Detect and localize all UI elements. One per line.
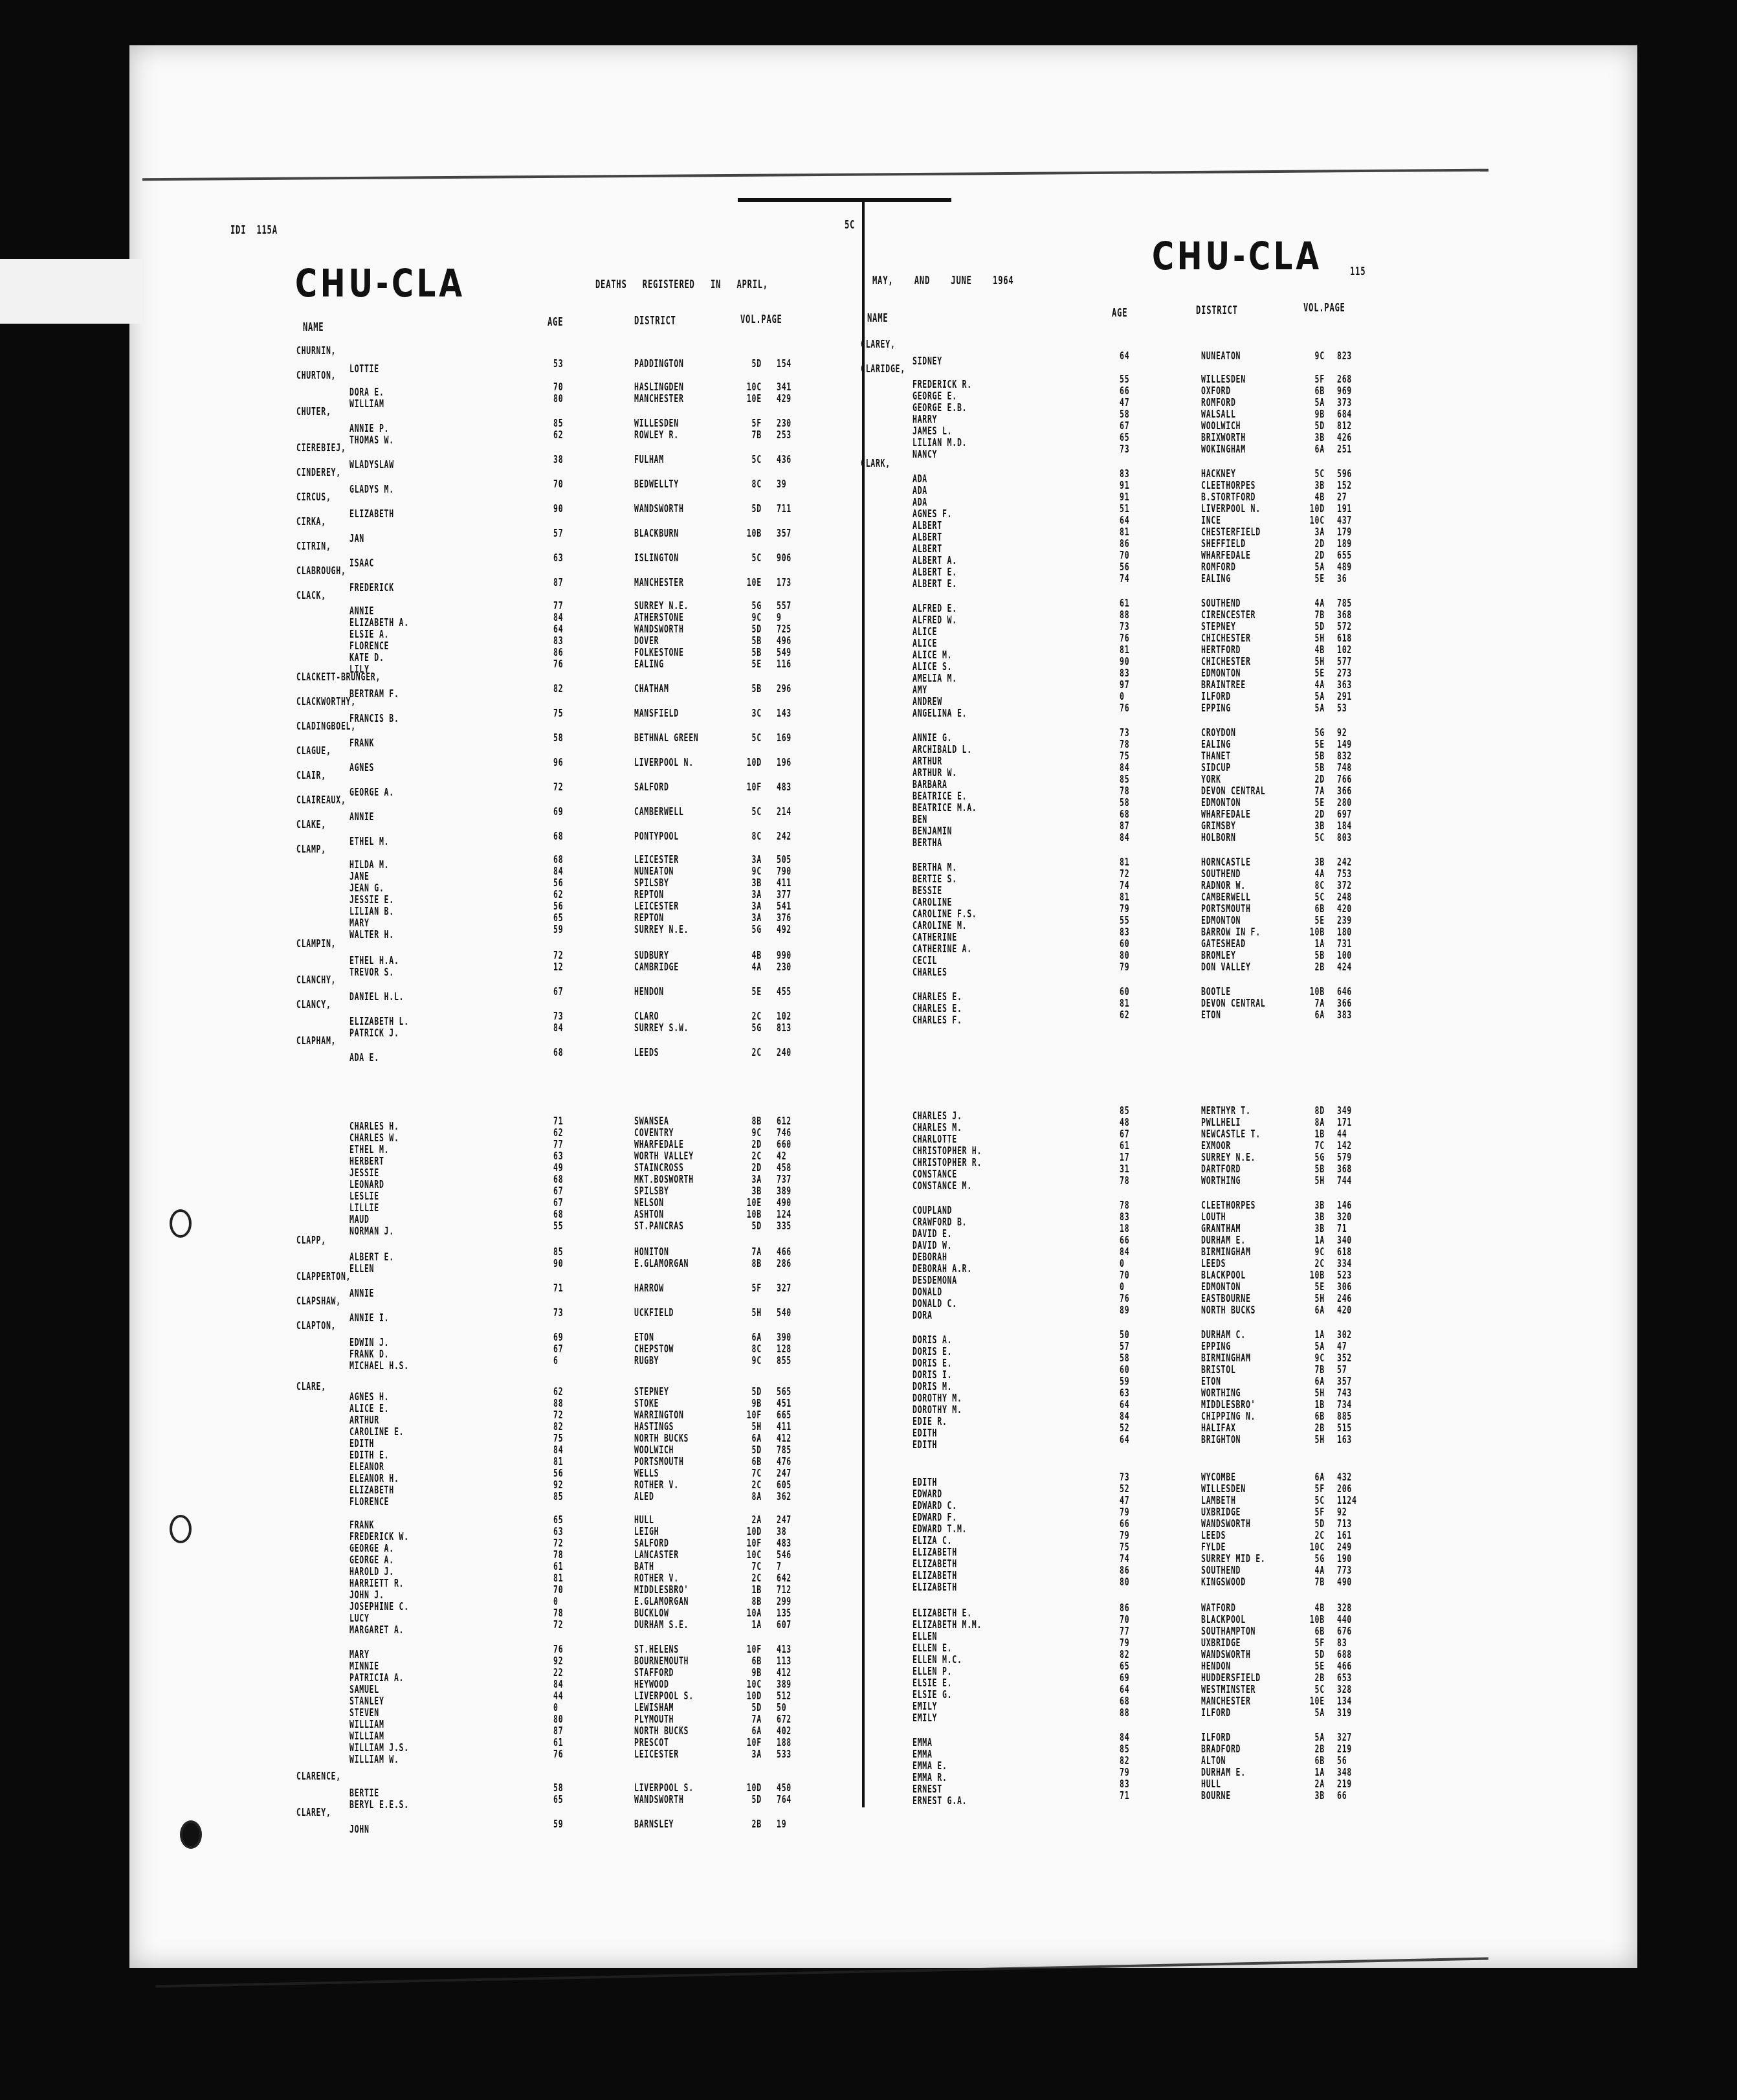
page-number: 128	[777, 1343, 791, 1355]
given-name: ELSIE A.	[349, 628, 389, 640]
district-name: BLACKPOOL	[1201, 1269, 1246, 1281]
age-value: 64	[1120, 350, 1129, 362]
age-value: 84	[1120, 831, 1129, 843]
surname-heading: CLAMP,	[296, 843, 326, 855]
age-value: 81	[1120, 856, 1129, 868]
surname-heading: CLACKETT-BRUNGER,	[296, 671, 381, 683]
page-number: 357	[1337, 1375, 1352, 1387]
age-value: 80	[1120, 1576, 1129, 1588]
age-value: 70	[553, 381, 563, 393]
given-name: DORIS E.	[913, 1345, 952, 1357]
age-value: 55	[1120, 373, 1129, 385]
age-value: 38	[553, 453, 563, 465]
district-name: FYLDE	[1201, 1541, 1226, 1553]
page-number: 92	[1337, 1506, 1347, 1518]
page-number: 189	[1337, 537, 1352, 550]
given-name: THOMAS W.	[349, 434, 394, 446]
district-name: CHIPPING N.	[1201, 1410, 1256, 1422]
surname-heading: CLACKWORTHY,	[296, 695, 356, 708]
given-name: CHARLES	[913, 966, 947, 978]
age-value: 86	[1120, 1602, 1129, 1614]
volume-code: 10B	[1306, 1269, 1325, 1281]
district-name: SURREY N.E.	[1201, 1151, 1256, 1163]
age-value: 87	[553, 1725, 563, 1737]
age-value: 84	[1120, 1410, 1129, 1422]
district-name: BRADFORD	[1201, 1743, 1241, 1755]
district-name: NUNEATON	[634, 865, 674, 877]
page-number: 53	[1337, 702, 1347, 714]
district-name: MIDDLESBRO'	[634, 1583, 689, 1596]
page-number: 390	[777, 1331, 791, 1343]
volume-code: 5E	[1306, 667, 1325, 679]
volume-code: 10C	[743, 1548, 762, 1561]
page-number: 341	[777, 381, 791, 393]
age-value: 60	[1120, 937, 1129, 950]
given-name: ELIZABETH A.	[349, 616, 409, 629]
volume-code: 6B	[1306, 385, 1325, 397]
page-title-right: CHU-CLA	[1152, 234, 1322, 278]
page-number: 546	[777, 1548, 791, 1561]
volume-code: 2A	[743, 1514, 762, 1526]
page-number: 247	[777, 1514, 791, 1526]
page-number: 420	[1337, 1304, 1352, 1316]
page-number: 483	[777, 781, 791, 793]
volume-code: 5H	[1306, 1174, 1325, 1187]
page-number: 9	[777, 611, 782, 623]
given-name: EMILY	[913, 1700, 937, 1712]
volume-code: 6B	[743, 1655, 762, 1667]
age-value: 62	[553, 429, 563, 441]
page-number: 349	[1337, 1104, 1352, 1117]
district-name: CROYDON	[1201, 726, 1236, 739]
volume-code: 10C	[1306, 514, 1325, 526]
district-name: LEICESTER	[634, 900, 679, 912]
district-name: WILLESDEN	[1201, 1482, 1246, 1495]
given-name: MICHAEL H.S.	[349, 1359, 409, 1372]
age-value: 71	[1120, 1789, 1129, 1802]
age-value: 61	[1120, 597, 1129, 609]
given-name: ETHEL H.A.	[349, 954, 399, 966]
volume-code: 5B	[1306, 750, 1325, 762]
volume-code: 5B	[743, 646, 762, 658]
given-name: ANNIE I.	[349, 1312, 389, 1324]
age-value: 70	[553, 478, 563, 490]
page-title-left: CHU-CLA	[295, 262, 465, 306]
given-name: ETHEL M.	[349, 835, 389, 847]
given-name: CONSTANCE M.	[913, 1179, 972, 1192]
district-name: ILFORD	[1201, 1731, 1231, 1743]
district-name: MIDDLESBRO'	[1201, 1398, 1256, 1411]
district-name: ILFORD	[1201, 1706, 1231, 1719]
age-value: 97	[1120, 678, 1129, 691]
age-value: 62	[553, 888, 563, 900]
punch-hole	[180, 1820, 202, 1849]
age-value: 57	[1120, 1340, 1129, 1352]
given-name: CHARLOTTE	[913, 1133, 957, 1145]
age-value: 73	[1120, 1471, 1129, 1483]
volume-code: 5C	[1306, 891, 1325, 903]
volume-code: 10B	[1306, 985, 1325, 998]
district-name: WATFORD	[1201, 1602, 1236, 1614]
age-value: 64	[553, 623, 563, 635]
page-number: 302	[1337, 1328, 1352, 1341]
given-name: EDITH	[349, 1437, 374, 1449]
age-value: 84	[553, 611, 563, 623]
given-name: ELEANOR	[349, 1460, 384, 1473]
age-value: 86	[1120, 537, 1129, 550]
age-value: 80	[553, 392, 563, 405]
page-number: 161	[1337, 1529, 1352, 1541]
given-name: TREVOR S.	[349, 966, 394, 978]
given-name: FRANCIS B.	[349, 712, 399, 724]
volume-code: 1B	[1306, 1398, 1325, 1411]
district-name: B.STORTFORD	[1201, 491, 1256, 503]
given-name: ALBERT	[913, 519, 942, 531]
page-number: 180	[1337, 926, 1352, 938]
page-number: 812	[1337, 419, 1352, 432]
volume-code: 6A	[743, 1725, 762, 1737]
page-number: 412	[777, 1666, 791, 1679]
age-value: 59	[553, 923, 563, 935]
district-name: MANSFIELD	[634, 707, 679, 719]
district-name: DURHAM S.E.	[634, 1618, 689, 1631]
given-name: JEAN G.	[349, 882, 384, 894]
given-name: ALICE	[913, 625, 937, 638]
age-value: 86	[1120, 1564, 1129, 1576]
volume-code: 5G	[1306, 726, 1325, 739]
age-value: 78	[553, 1548, 563, 1561]
page-number: 248	[1337, 891, 1352, 903]
volume-code: 5H	[1306, 1292, 1325, 1304]
surname-heading: CIRKA,	[296, 515, 326, 528]
district-name: SURREY N.E.	[634, 923, 689, 935]
district-name: STEPNEY	[1201, 620, 1236, 632]
volume-code: 4B	[743, 949, 762, 961]
volume-code: 5D	[1306, 419, 1325, 432]
district-name: EXMOOR	[1201, 1139, 1231, 1152]
volume-code: 8D	[1306, 1104, 1325, 1117]
given-name: BEATRICE M.A.	[913, 801, 977, 814]
volume-code: 10B	[743, 527, 762, 539]
age-value: 56	[553, 877, 563, 889]
volume-code: 7A	[1306, 997, 1325, 1009]
age-value: 74	[1120, 879, 1129, 891]
district-name: PRESCOT	[634, 1736, 669, 1748]
given-name: GLADYS M.	[349, 483, 394, 495]
column-header-name: NAME	[303, 321, 324, 334]
page-number: 605	[777, 1479, 791, 1491]
given-name: EDWARD F.	[913, 1511, 957, 1523]
page-number: 672	[777, 1713, 791, 1725]
volume-code: 10D	[743, 756, 762, 768]
given-name: SAMUEL	[349, 1683, 379, 1695]
page-number: 219	[1337, 1743, 1352, 1755]
given-name: ALBERT E.	[913, 577, 957, 590]
page-number: 411	[777, 1420, 791, 1433]
volume-code: 8B	[743, 1115, 762, 1127]
district-name: WARRINGTON	[634, 1409, 684, 1421]
volume-code: 5F	[1306, 373, 1325, 385]
district-name: CLEETHORPES	[1201, 479, 1256, 491]
age-value: 68	[553, 1208, 563, 1220]
page-number: 432	[1337, 1471, 1352, 1483]
page-number: 744	[1337, 1174, 1352, 1187]
given-name: EDIE R.	[913, 1415, 947, 1427]
given-name: ADA	[913, 496, 927, 508]
page-number: 885	[1337, 1410, 1352, 1422]
volume-code: 7B	[1306, 1576, 1325, 1588]
volume-code: 10D	[743, 1690, 762, 1702]
volume-code: 8C	[743, 830, 762, 842]
volume-code: 5E	[1306, 796, 1325, 809]
age-value: 70	[553, 1583, 563, 1596]
given-name: EMMA	[913, 1736, 933, 1748]
age-value: 50	[1120, 1328, 1129, 1341]
page-number: 753	[1337, 867, 1352, 880]
given-name: AGNES F.	[913, 508, 952, 520]
page-number: 748	[1337, 761, 1352, 774]
district-name: EDMONTON	[1201, 796, 1241, 809]
age-value: 55	[553, 1220, 563, 1232]
volume-code: 4A	[1306, 867, 1325, 880]
district-name: ETON	[1201, 1375, 1221, 1387]
given-name: ANNIE P.	[349, 422, 389, 434]
page-number: 102	[777, 1010, 791, 1022]
page-number: 306	[1337, 1280, 1352, 1293]
district-name: CAMBERWELL	[634, 805, 684, 818]
given-name: ARTHUR W.	[913, 766, 957, 779]
page-number: 512	[777, 1690, 791, 1702]
age-value: 88	[553, 1397, 563, 1409]
page-number: 549	[777, 646, 791, 658]
given-name: EMMA R.	[913, 1771, 947, 1783]
page-number: 113	[777, 1655, 791, 1667]
volume-code: 5B	[1306, 949, 1325, 961]
district-name: UXBRIDGE	[1201, 1506, 1241, 1518]
given-name: EMMA	[913, 1748, 933, 1760]
given-name: ELSIE G.	[913, 1688, 952, 1701]
page-number: 734	[1337, 1398, 1352, 1411]
volume-code: 5A	[1306, 1706, 1325, 1719]
age-value: 70	[1120, 549, 1129, 561]
page-number: 19	[777, 1818, 786, 1830]
age-value: 65	[553, 911, 563, 924]
age-value: 73	[1120, 726, 1129, 739]
volume-code: 5B	[743, 682, 762, 695]
given-name: JANE	[349, 870, 370, 882]
age-value: 90	[553, 502, 563, 515]
district-name: FULHAM	[634, 453, 664, 465]
volume-code: 10F	[743, 1537, 762, 1549]
column-header-volpage: VOL.PAGE	[1303, 302, 1345, 315]
page-number: 665	[777, 1409, 791, 1421]
volume-code: 6A	[743, 1331, 762, 1343]
surname-heading: CLAPSHAW,	[296, 1295, 341, 1307]
surname-heading: CLAREY,	[296, 1806, 331, 1818]
given-name: EDWARD	[913, 1488, 942, 1500]
district-name: WORTH VALLEY	[634, 1150, 694, 1162]
age-value: 61	[553, 1560, 563, 1572]
volume-code: 7C	[743, 1467, 762, 1479]
page-number: 230	[777, 961, 791, 973]
page-number: 389	[777, 1678, 791, 1690]
given-name: EDITH	[913, 1427, 937, 1439]
page-number: 455	[777, 985, 791, 998]
district-name: LIVERPOOL S.	[634, 1782, 694, 1794]
paper-tab	[0, 259, 142, 324]
given-name: KATE D.	[349, 651, 384, 664]
district-name: LIVERPOOL N.	[634, 756, 694, 768]
age-value: 72	[553, 1409, 563, 1421]
age-value: 18	[1120, 1222, 1129, 1234]
page-number: 655	[1337, 549, 1352, 561]
given-name: ELEANOR H.	[349, 1472, 399, 1484]
page-number: 764	[777, 1793, 791, 1805]
age-value: 75	[553, 707, 563, 719]
page-number: 389	[777, 1185, 791, 1197]
given-name: LEONARD	[349, 1178, 384, 1190]
district-name: HALIFAX	[1201, 1422, 1236, 1434]
volume-code: 6B	[1306, 902, 1325, 915]
district-name: SHEFFIELD	[1201, 537, 1246, 550]
district-name: GRIMSBY	[1201, 820, 1236, 832]
age-value: 85	[553, 417, 563, 429]
given-name: GEORGE E.B.	[913, 401, 967, 414]
given-name: DEBORAH A.R.	[913, 1262, 972, 1275]
surname-heading: CLARK,	[861, 457, 891, 469]
volume-code: 7A	[743, 1245, 762, 1258]
given-name: CAROLINE F.S.	[913, 908, 977, 920]
volume-code: 5D	[743, 1220, 762, 1232]
given-name: DEBORAH	[913, 1251, 947, 1263]
volume-code: 4B	[1306, 643, 1325, 656]
district-name: OXFORD	[1201, 385, 1231, 397]
volume-code: 7A	[1306, 785, 1325, 797]
age-value: 68	[553, 853, 563, 866]
volume-code: 5D	[1306, 1517, 1325, 1530]
age-value: 68	[553, 1173, 563, 1185]
surname-heading: CHURTON,	[296, 369, 336, 381]
volume-code: 10A	[743, 1607, 762, 1619]
district-name: CHESTERFIELD	[1201, 526, 1261, 538]
given-name: ERNEST	[913, 1783, 942, 1795]
district-name: SIDCUP	[1201, 761, 1231, 774]
district-name: BRAINTREE	[1201, 678, 1246, 691]
age-value: 84	[553, 1022, 563, 1034]
district-name: STAINCROSS	[634, 1161, 684, 1174]
volume-code: 6A	[1306, 1471, 1325, 1483]
page-number: 44	[1337, 1128, 1347, 1140]
age-value: 58	[1120, 408, 1129, 420]
age-value: 77	[553, 599, 563, 612]
page-number: 660	[777, 1138, 791, 1150]
age-value: 86	[553, 646, 563, 658]
given-name: HAROLD J.	[349, 1565, 394, 1578]
page-number: 785	[777, 1444, 791, 1456]
volume-code: 1A	[1306, 1234, 1325, 1246]
given-name: CHARLES F.	[913, 1014, 962, 1026]
surname-heading: CLAPHAM,	[296, 1034, 336, 1047]
age-value: 55	[1120, 914, 1129, 926]
volume-code: 7B	[743, 429, 762, 441]
column-divider-cap	[738, 198, 951, 202]
district-name: ALTON	[1201, 1754, 1226, 1767]
volume-code: 5A	[1306, 702, 1325, 714]
page-number: 424	[1337, 961, 1352, 973]
district-name: NEWCASTLE T.	[1201, 1128, 1261, 1140]
age-value: 78	[1120, 1174, 1129, 1187]
given-name: NORMAN J.	[349, 1225, 394, 1237]
given-name: COUPLAND	[913, 1204, 952, 1216]
given-name: EDWARD C.	[913, 1499, 957, 1512]
district-name: SPILSBY	[634, 1185, 669, 1197]
volume-code: 4B	[1306, 491, 1325, 503]
age-value: 65	[1120, 1660, 1129, 1672]
volume-code: 5F	[743, 417, 762, 429]
volume-code: 6A	[1306, 1304, 1325, 1316]
district-name: LEEDS	[634, 1046, 659, 1058]
page-number: 515	[1337, 1422, 1352, 1434]
age-value: 67	[1120, 1128, 1129, 1140]
age-value: 65	[553, 1793, 563, 1805]
given-name: ISAAC	[349, 557, 374, 569]
page-number: 38	[777, 1525, 786, 1537]
given-name: DORIS E.	[913, 1357, 952, 1369]
age-value: 58	[553, 1782, 563, 1794]
surname-heading: CHURNIN,	[296, 344, 336, 357]
age-value: 0	[1120, 1257, 1125, 1269]
district-name: EDMONTON	[1201, 914, 1241, 926]
given-name: GEORGE A.	[349, 1542, 394, 1554]
column-divider	[862, 202, 865, 1807]
given-name: ELIZABETH	[913, 1558, 957, 1570]
district-name: DURHAM E.	[1201, 1234, 1246, 1246]
volume-code: 3B	[1306, 479, 1325, 491]
volume-code: 5C	[743, 732, 762, 744]
volume-code: 2C	[743, 1572, 762, 1584]
page-number: 483	[777, 1537, 791, 1549]
age-value: 81	[553, 1455, 563, 1468]
age-value: 68	[1120, 808, 1129, 820]
page-number: 450	[777, 1782, 791, 1794]
district-name: HASLINGDEN	[634, 381, 684, 393]
age-value: 66	[1120, 385, 1129, 397]
age-value: 73	[553, 1306, 563, 1319]
district-name: SURREY N.E.	[634, 599, 689, 612]
district-name: SUDBURY	[634, 949, 669, 961]
page-number: 242	[777, 830, 791, 842]
district-name: GRANTHAM	[1201, 1222, 1241, 1234]
age-value: 96	[553, 756, 563, 768]
given-name: ETHEL M.	[349, 1143, 389, 1156]
page-number: 377	[777, 888, 791, 900]
volume-code: 10D	[743, 1782, 762, 1794]
volume-code: 5C	[743, 805, 762, 818]
age-value: 76	[553, 1643, 563, 1655]
page-number: 190	[1337, 1552, 1352, 1565]
volume-code: 10B	[1306, 926, 1325, 938]
given-name: ALFRED E.	[913, 602, 957, 614]
given-name: CHRISTOPHER R.	[913, 1156, 982, 1168]
volume-code: 10F	[743, 1409, 762, 1421]
age-value: 64	[1120, 1433, 1129, 1446]
page-number: 577	[1337, 655, 1352, 667]
age-value: 72	[553, 781, 563, 793]
given-name: DONALD	[913, 1286, 942, 1298]
page-number: 230	[777, 417, 791, 429]
district-name: STAFFORD	[634, 1666, 674, 1679]
age-value: 65	[553, 1514, 563, 1526]
